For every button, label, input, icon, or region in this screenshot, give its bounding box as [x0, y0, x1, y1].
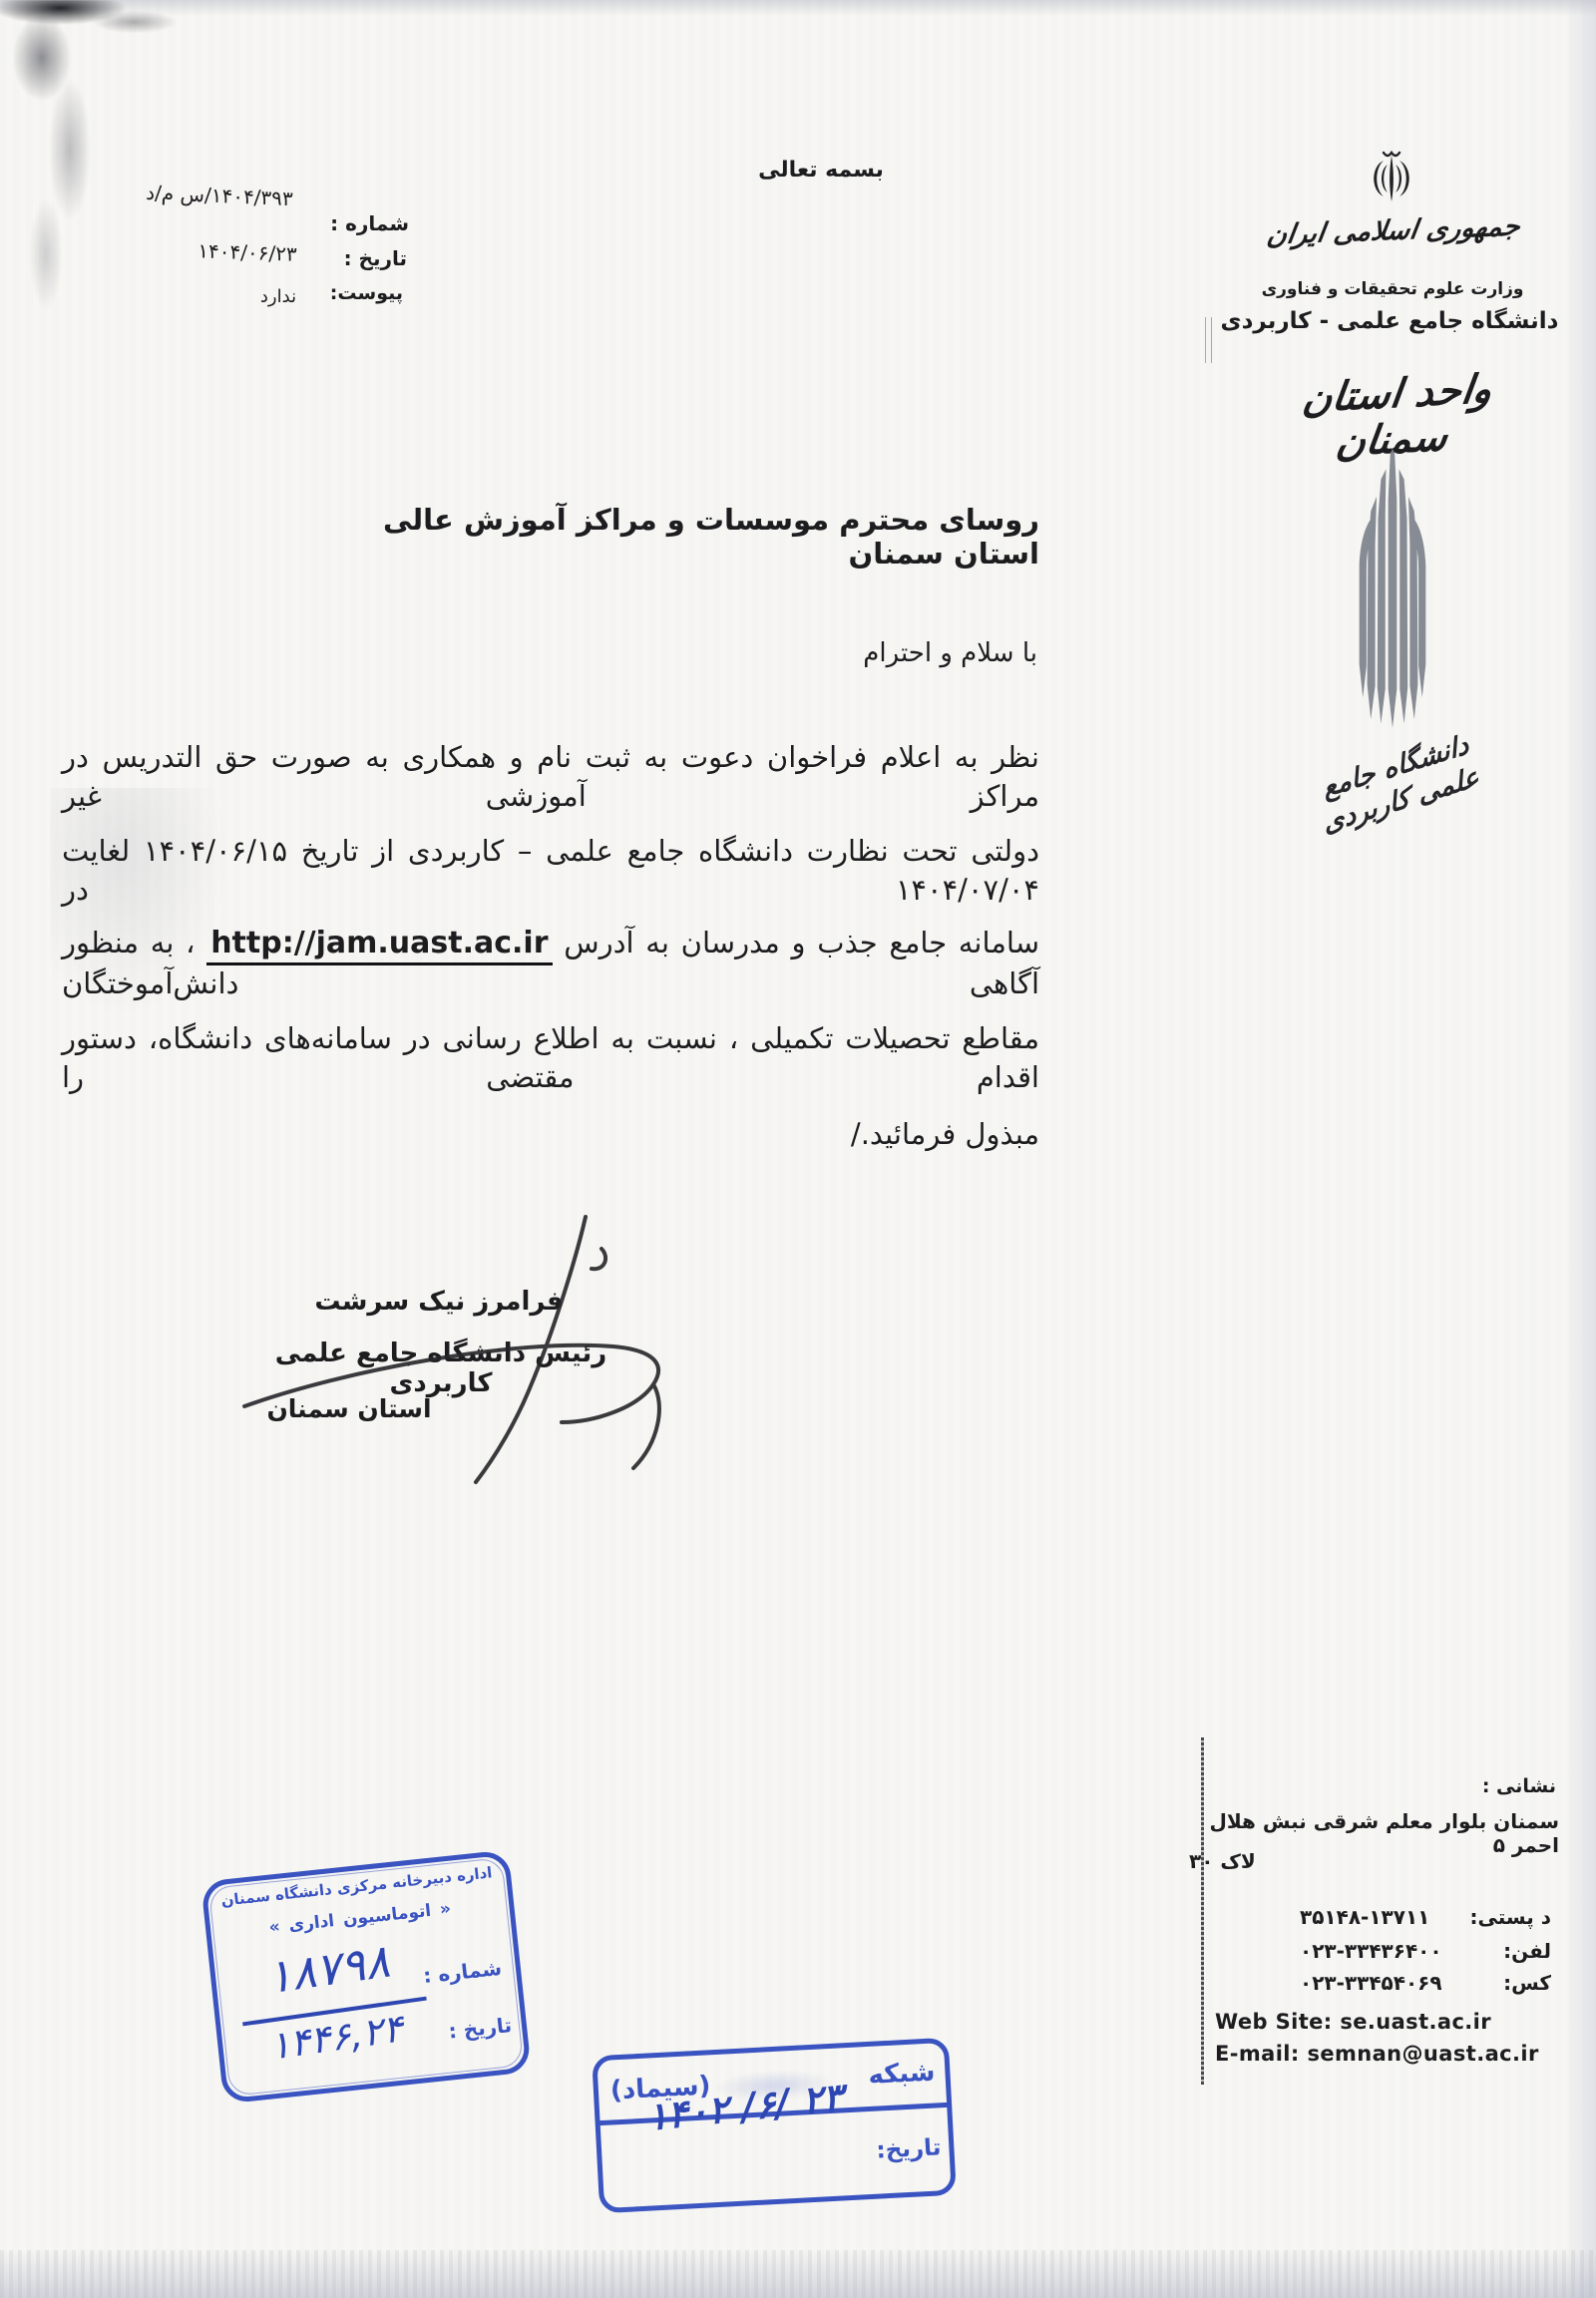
email-label: E-mail: — [1215, 2042, 1300, 2066]
ref-date-value: ۱۴۰۴/۰۶/۲۳ — [186, 238, 310, 266]
body-line-3-pre: سامانه جامع جذب و مدرسان به آدرس — [564, 926, 1039, 959]
body-line-3: سامانه جامع جذب و مدرسان به آدرس http://… — [62, 924, 1039, 1003]
simad-stamp-title-right: شبکه — [868, 2057, 937, 2090]
ref-number-label: شماره : — [329, 211, 409, 235]
simad-stamp: شبکه (سیماد) تاریخ: ۱۴۰۲ /۶/ ۲۳ — [592, 2038, 957, 2214]
address-line-2: لاک ۳۰ — [1189, 1849, 1256, 1873]
phone-row: لفن: ۰۲۳-۳۳۴۳۶۴۰۰ — [1300, 1939, 1551, 1963]
postal-code-label: د پستی: — [1470, 1905, 1551, 1929]
salutation: با سلام و احترام — [788, 638, 1037, 668]
scanned-letter-page: بسمه تعالی شماره : ۱۴۰۴/۳۹۳/س م/د تاریخ … — [0, 0, 1596, 2298]
signature-scribble — [214, 1209, 673, 1493]
scan-noise-right-band — [1564, 0, 1596, 2298]
ref-number-value: ۱۴۰۴/۳۹۳/س م/د — [120, 180, 320, 212]
email-row: E-mail: semnan@uast.ac.ir — [1215, 2042, 1539, 2066]
phone-value: ۰۲۳-۳۳۴۳۶۴۰۰ — [1300, 1939, 1442, 1963]
registration-url: http://jam.uast.ac.ir — [206, 926, 552, 965]
body-line-1: نظر به اعلام فراخوان دعوت به ثبت نام و ه… — [62, 738, 1039, 816]
scan-noise-bottom-band — [0, 2250, 1596, 2298]
letterhead-republic: جمهوری اسلامی ایران — [1256, 210, 1531, 250]
scan-noise-top-band — [0, 0, 1596, 16]
uast-logo — [1335, 449, 1450, 738]
registry-stamp: اداره دبیرخانه مرکزی دانشگاه سمنان « اتو… — [200, 1849, 532, 2104]
website-value: se.uast.ac.ir — [1340, 2010, 1491, 2034]
website-label: Web Site: — [1215, 2010, 1333, 2034]
letterhead-university-name: دانشگاه جامع علمی - کاربردی — [1192, 308, 1587, 334]
ref-attachment-value: ندارد — [241, 286, 315, 307]
ref-date-label: تاریخ : — [331, 246, 407, 270]
footer-divider-line — [1201, 1737, 1204, 2085]
registry-stamp-date-label: تاریخ : — [447, 2013, 513, 2043]
letterhead-ministry: وزارت علوم تحقیقات و فناوری — [1247, 279, 1538, 299]
postal-code-value: ۳۵۱۴۸-۱۳۷۱۱ — [1300, 1905, 1429, 1929]
bismillah-text: بسمه تعالی — [746, 158, 896, 183]
postal-code-row: د پستی: ۳۵۱۴۸-۱۳۷۱۱ — [1300, 1905, 1551, 1929]
fax-row: کس: ۰۲۳-۳۳۴۵۴۰۶۹ — [1300, 1971, 1551, 1995]
simad-stamp-date-label: تاریخ: — [876, 2134, 942, 2163]
recipient-title: روسای محترم موسسات و مراکز آموزش عالی اس… — [287, 503, 1039, 571]
body-line-4: مقاطع تحصیلات تکمیلی ، نسبت به اطلاع رسا… — [62, 1019, 1039, 1097]
phone-label: لفن: — [1503, 1939, 1551, 1963]
iran-emblem-icon — [1357, 144, 1426, 215]
fax-value: ۰۲۳-۳۳۴۵۴۰۶۹ — [1300, 1971, 1442, 1995]
registry-stamp-number-value: ۱۸۷۹۸ — [234, 1930, 422, 2009]
email-value: semnan@uast.ac.ir — [1307, 2042, 1538, 2066]
body-line-5: مبذول فرمائید./ — [62, 1115, 1039, 1154]
address-label: نشانی : — [1482, 1775, 1556, 1797]
body-line-2: دولتی تحت نظارت دانشگاه جامع علمی – کارب… — [62, 832, 1039, 910]
website-row: Web Site: se.uast.ac.ir — [1215, 2010, 1491, 2034]
ref-attachment-label: پیوست: — [317, 282, 403, 304]
fax-label: کس: — [1503, 1971, 1551, 1995]
registry-stamp-number-label: شماره : — [422, 1956, 503, 1988]
